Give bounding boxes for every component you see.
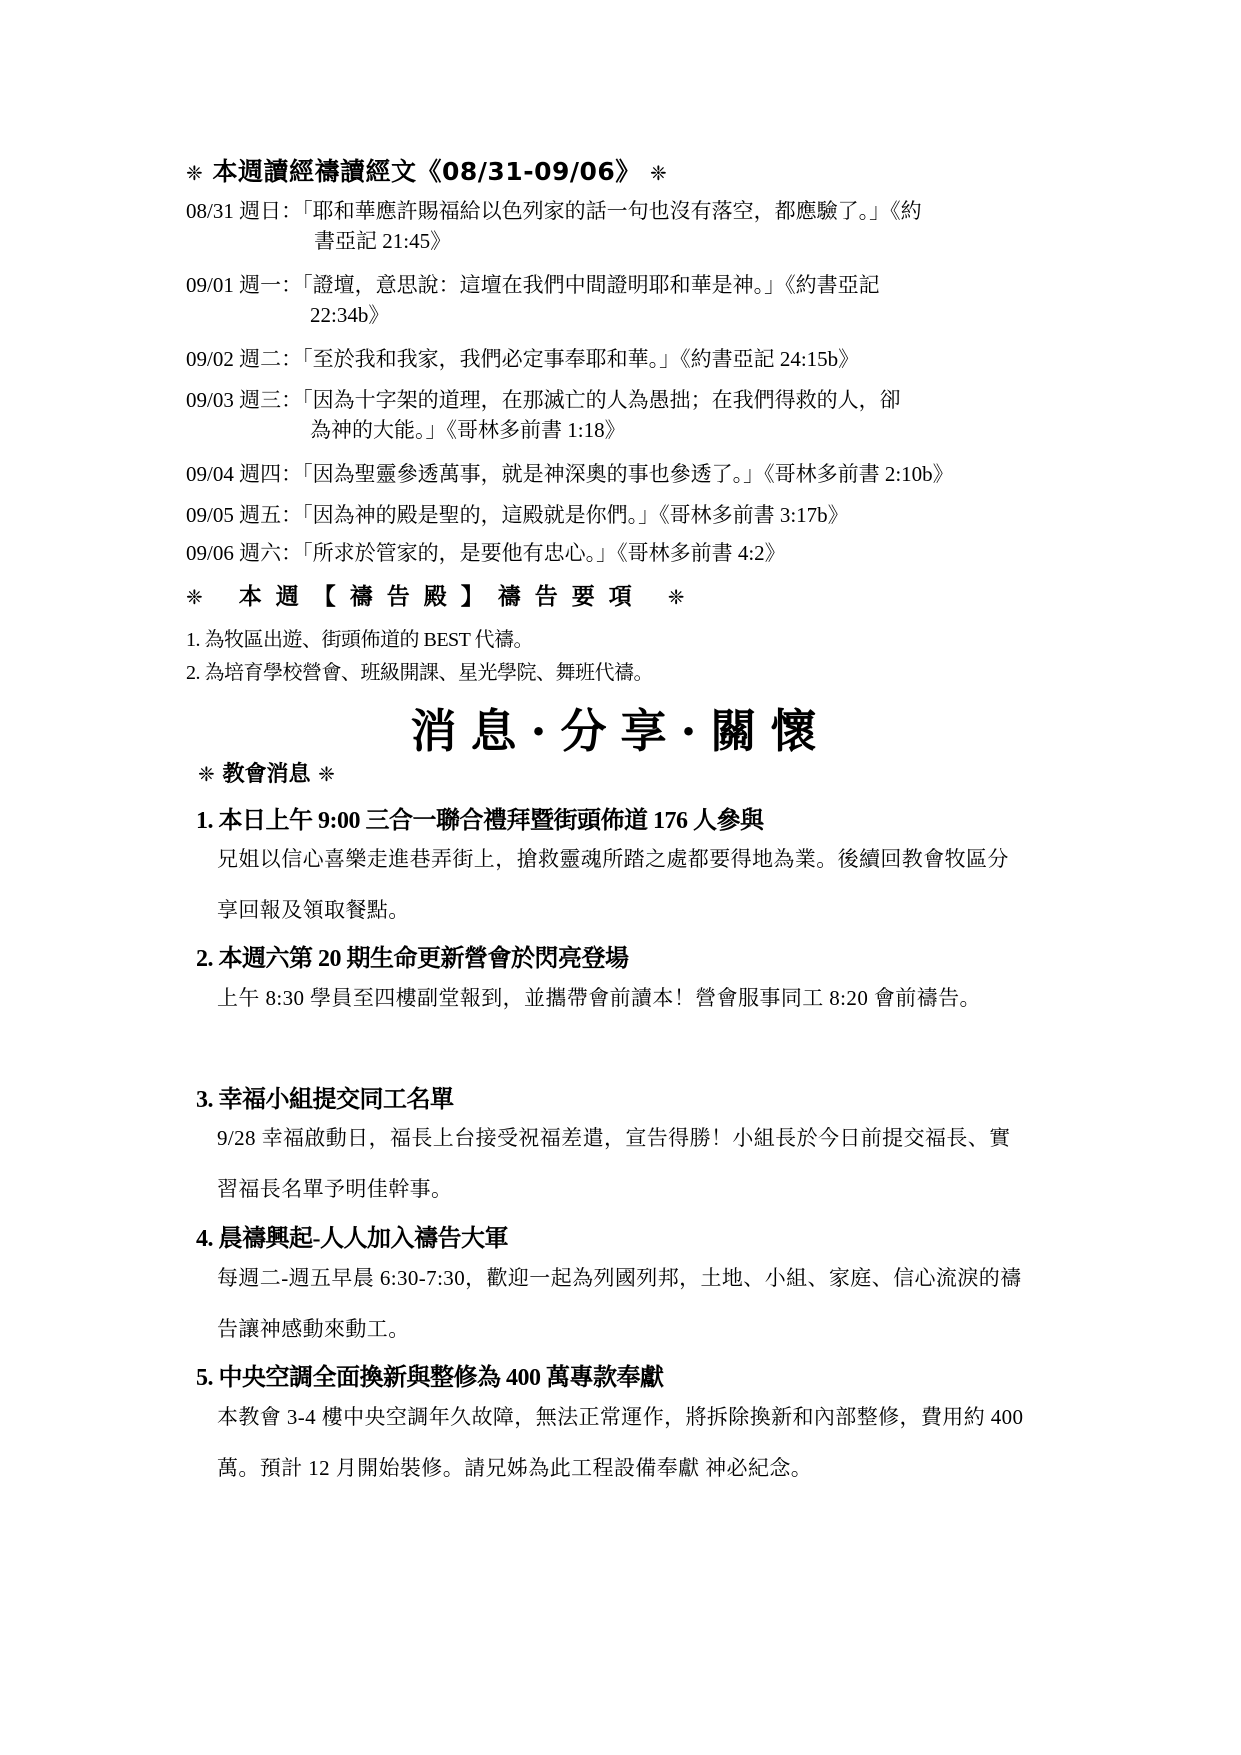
florette-ornament-icon: ❈: [186, 161, 203, 185]
reading-entry: 09/04 週四：「因為聖靈參透萬事，就是神深奧的事也參透了。」《哥林多前書 2…: [186, 459, 954, 489]
reading-entry: 09/06 週六：「所求於管家的，是要他有忠心。」《哥林多前書 4:2》: [186, 538, 786, 568]
reading-date: 09/01 週一：: [186, 273, 302, 297]
news-section-heading: ❈ 教會消息 ❈: [198, 757, 335, 788]
news-item-title: 1. 本日上午 9:00 三合一聯合禮拜暨街頭佈道 176 人參與: [196, 800, 764, 835]
florette-ornament-icon: ❈: [186, 585, 217, 609]
news-item-body: 9/28 幸福啟動日，福長上台接受祝福差遣，宣告得勝！小組長於今日前提交福長、實…: [217, 1113, 1027, 1215]
reading-verse: 「至於我和我家，我們必定事奉耶和華。」《約書亞記 24:15b》: [302, 347, 859, 371]
reading-section-title: 本週讀經禱讀經文《08/31-09/06》: [212, 157, 640, 186]
prayer-section-heading: ❈ 本週【禱告殿】禱告要項 ❈: [186, 578, 699, 611]
news-item-body: 每週二-週五早晨 6:30-7:30，歡迎一起為列國列邦，土地、小組、家庭、信心…: [217, 1253, 1027, 1355]
reading-verse: 「所求於管家的，是要他有忠心。」《哥林多前書 4:2》: [302, 541, 786, 565]
reading-entry: 09/01 週一：「證壇，意思說：這壇在我們中間證明耶和華是神。」《約書亞記 2…: [186, 270, 880, 330]
news-section-title: 教會消息: [222, 762, 310, 787]
florette-ornament-icon: ❈: [668, 585, 699, 609]
reading-section-heading: ❈ 本週讀經禱讀經文《08/31-09/06》 ❈: [186, 152, 667, 188]
reading-verse: 「證壇，意思說：這壇在我們中間證明耶和華是神。」《約書亞記: [302, 273, 880, 297]
reading-entry: 09/05 週五：「因為神的殿是聖的，這殿就是你們。」《哥林多前書 3:17b》: [186, 500, 849, 530]
reading-date: 08/31 週日：: [186, 199, 302, 223]
reading-verse: 「因為神的殿是聖的，這殿就是你們。」《哥林多前書 3:17b》: [302, 503, 849, 527]
reading-verse-cont: 為神的大能。」《哥林多前書 1:18》: [186, 415, 901, 445]
reading-date: 09/06 週六：: [186, 541, 302, 565]
news-item-title: 3. 幸福小組提交同工名單: [196, 1079, 454, 1114]
news-item-body: 本教會 3-4 樓中央空調年久故障，無法正常運作，將拆除換新和內部整修，費用約 …: [217, 1392, 1027, 1494]
florette-ornament-icon: ❈: [198, 762, 215, 786]
news-item-body: 上午 8:30 學員至四樓副堂報到，並攜帶會前讀本！營會服事同工 8:20 會前…: [217, 973, 1027, 1024]
prayer-item: 2. 為培育學校營會、班級開課、星光學院、舞班代禱。: [186, 656, 653, 685]
reading-entry: 09/03 週三：「因為十字架的道理，在那滅亡的人為愚拙；在我們得救的人，卻 為…: [186, 385, 901, 445]
florette-ornament-icon: ❈: [650, 161, 667, 185]
reading-entry: 09/02 週二：「至於我和我家，我們必定事奉耶和華。」《約書亞記 24:15b…: [186, 344, 859, 374]
reading-verse-cont: 書亞記 21:45》: [186, 226, 922, 256]
reading-verse: 「因為聖靈參透萬事，就是神深奧的事也參透了。」《哥林多前書 2:10b》: [302, 462, 954, 486]
reading-verse-cont: 22:34b》: [186, 300, 880, 330]
reading-verse: 「耶和華應許賜福給以色列家的話一句也沒有落空，都應驗了。」《約: [302, 199, 922, 223]
reading-date: 09/05 週五：: [186, 503, 302, 527]
news-item-title: 5. 中央空調全面換新與整修為 400 萬專款奉獻: [196, 1357, 664, 1392]
florette-ornament-icon: ❈: [318, 762, 335, 786]
prayer-item: 1. 為牧區出遊、街頭佈道的 BEST 代禱。: [186, 623, 533, 652]
news-item-title: 4. 晨禱興起-人人加入禱告大軍: [196, 1218, 508, 1253]
main-title: 消息·分享·關懷: [0, 695, 1241, 761]
news-item-title: 2. 本週六第 20 期生命更新營會於閃亮登場: [196, 938, 629, 973]
reading-date: 09/02 週二：: [186, 347, 302, 371]
reading-entry: 08/31 週日：「耶和華應許賜福給以色列家的話一句也沒有落空，都應驗了。」《約…: [186, 196, 922, 256]
reading-date: 09/03 週三：: [186, 388, 302, 412]
reading-date: 09/04 週四：: [186, 462, 302, 486]
prayer-section-title: 本週【禱告殿】禱告要項: [239, 584, 646, 610]
news-item-body: 兄姐以信心喜樂走進巷弄街上，搶救靈魂所踏之處都要得地為業。後續回教會牧區分享回報…: [217, 834, 1027, 936]
bulletin-page: ❈ 本週讀經禱讀經文《08/31-09/06》 ❈ 08/31 週日：「耶和華應…: [0, 0, 1241, 1755]
reading-verse: 「因為十字架的道理，在那滅亡的人為愚拙；在我們得救的人，卻: [302, 388, 901, 412]
